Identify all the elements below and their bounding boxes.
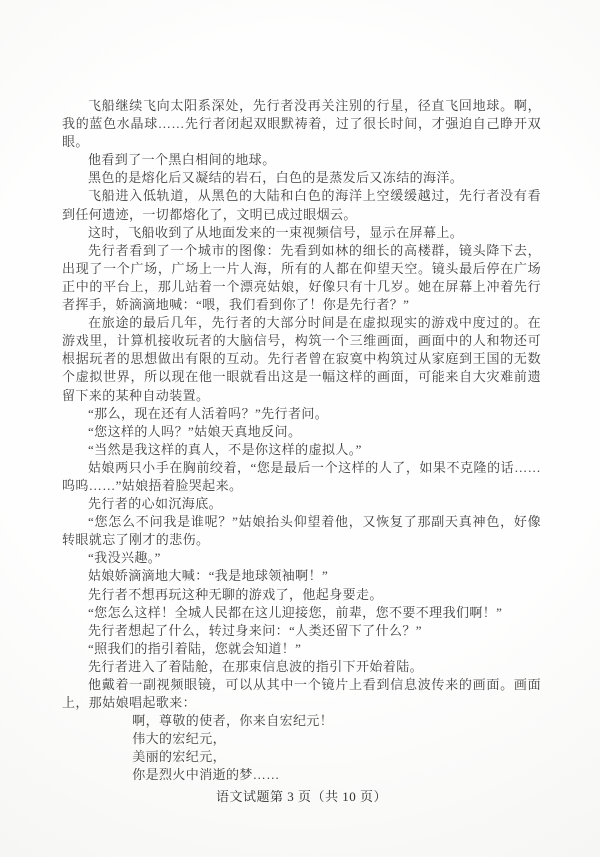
passage-paragraph: 飞船继续飞向太阳系深处，先行者没再关注别的行星，径直飞回地球。啊，我的蓝色水晶球… [62,97,541,151]
passage-paragraph: 这时，飞船收到了从地面发来的一束视频信号，显示在屏幕上。 [62,224,541,242]
song-line: 美丽的宏纪元， [132,748,541,766]
page-footer: 语文试题第 3 页（共 10 页） [62,788,541,806]
passage-paragraph: “您怎么不问我是谁呢？”姑娘抬头仰望着他，又恢复了那副天真神色，好像转眼就忘了刚… [62,513,541,549]
passage-paragraph: 他看到了一个黑白相间的地球。 [62,151,541,169]
passage-paragraph: 飞船进入低轨道，从黑色的大陆和白色的海洋上空缓缓越过，先行者没有看到任何遗迹，一… [62,187,541,223]
passage-paragraph: “照我们的指引着陆，您就会知道！” [62,640,541,658]
passage-paragraph: 姑娘娇滴滴地大喊：“我是地球领袖啊！” [62,567,541,585]
passage-paragraph: 他戴着一副视频眼镜，可以从其中一个镜片上看到信息波传来的画面。画面上，那姑娘唱起… [62,676,541,712]
passage-paragraph: 在旅途的最后几年，先行者的大部分时间是在虚拟现实的游戏中度过的。在游戏里，计算机… [62,314,541,404]
song-line: 啊，尊敬的使者，你来自宏纪元！ [132,712,541,730]
song-lines: 啊，尊敬的使者，你来自宏纪元！伟大的宏纪元，美丽的宏纪元，你是烈火中消逝的梦…… [62,712,541,784]
passage-paragraph: 姑娘两只小手在胸前绞着，“您是最后一个这样的人了，如果不克隆的话……呜呜……”姑… [62,459,541,495]
passage-paragraph: “那么，现在还有人活着吗？”先行者问。 [62,405,541,423]
scanned-exam-page: 飞船继续飞向太阳系深处，先行者没再关注别的行星，径直飞回地球。啊，我的蓝色水晶球… [0,0,600,857]
passage-paragraph: 黑色的是熔化后又凝结的岩石，白色的是蒸发后又冻结的海洋。 [62,169,541,187]
passage-paragraphs: 飞船继续飞向太阳系深处，先行者没再关注别的行星，径直飞回地球。啊，我的蓝色水晶球… [62,97,541,712]
passage-content: 飞船继续飞向太阳系深处，先行者没再关注别的行星，径直飞回地球。啊，我的蓝色水晶球… [62,97,541,806]
song-line: 伟大的宏纪元， [132,730,541,748]
passage-paragraph: 先行者的心如沉海底。 [62,495,541,513]
passage-paragraph: “您怎么这样！全城人民都在这儿迎接您，前辈，您不要不理我们啊！” [62,604,541,622]
passage-paragraph: “您这样的人吗？”姑娘天真地反问。 [62,423,541,441]
passage-paragraph: 先行者想起了什么，转过身来问：“人类还留下了什么？” [62,622,541,640]
passage-paragraph: 先行者看到了一个城市的图像：先看到如林的细长的高楼群，镜头降下去，出现了一个广场… [62,242,541,314]
passage-paragraph: 先行者进入了着陆舱，在那束信息波的指引下开始着陆。 [62,658,541,676]
passage-paragraph: “当然是我这样的真人，不是你这样的虚拟人。” [62,441,541,459]
song-line: 你是烈火中消逝的梦…… [132,766,541,784]
passage-paragraph: “我没兴趣。” [62,549,541,567]
passage-paragraph: 先行者不想再玩这种无聊的游戏了，他起身要走。 [62,586,541,604]
